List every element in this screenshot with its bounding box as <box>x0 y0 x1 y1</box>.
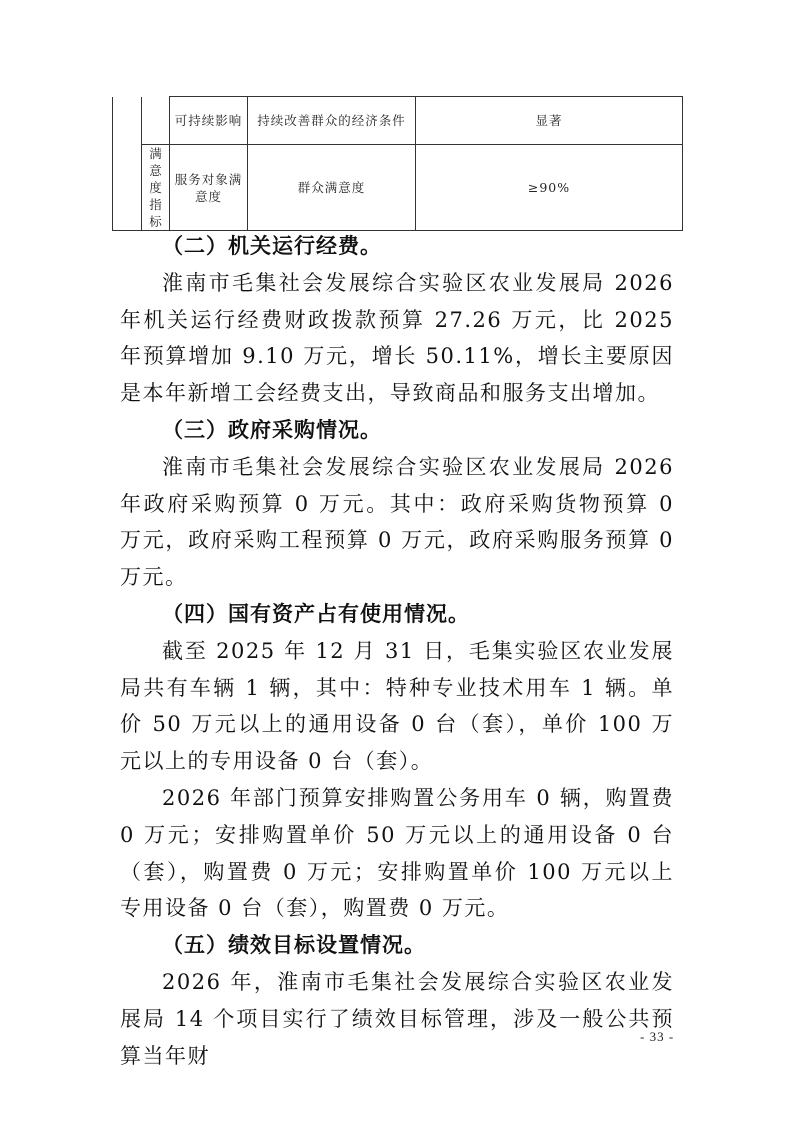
section-heading-operating-costs: （二）机关运行经费。 <box>120 228 674 265</box>
page-number: - 33 - <box>640 1029 674 1045</box>
vertical-label: 满意度指标 <box>149 145 163 230</box>
table-cell-level1 <box>113 97 142 231</box>
paragraph-asset-purchases: 2026 年部门预算安排购置公务用车 0 辆，购置费 0 万元；安排购置单价 5… <box>120 780 674 927</box>
section-heading-performance-targets: （五）绩效目标设置情况。 <box>120 927 674 964</box>
table-cell-indicator-level3: 群众满意度 <box>248 145 416 231</box>
paragraph-government-procurement: 淮南市毛集社会发展综合实验区农业发展局 2026 年政府采购预算 0 万元。其中… <box>120 449 674 596</box>
section-heading-state-assets: （四）国有资产占有使用情况。 <box>120 596 674 633</box>
paragraph-operating-costs: 淮南市毛集社会发展综合实验区农业发展局 2026 年机关运行经费财政拨款预算 2… <box>120 265 674 412</box>
paragraph-state-assets: 截至 2025 年 12 月 31 日，毛集实验区农业发展局共有车辆 1 辆，其… <box>120 633 674 780</box>
table-cell-satisfaction-category: 满意度指标 <box>142 145 170 231</box>
table-cell-indicator-level3: 持续改善群众的经济条件 <box>248 97 416 145</box>
table-cell-indicator-level2: 可持续影响 <box>170 97 248 145</box>
performance-indicator-table: 可持续影响 持续改善群众的经济条件 显著 满意度指标 服务对象满意度 群众满意度… <box>112 96 683 231</box>
table-cell-value: ≥90% <box>416 145 683 231</box>
document-body: （二）机关运行经费。 淮南市毛集社会发展综合实验区农业发展局 2026 年机关运… <box>120 228 674 1074</box>
table-cell-value: 显著 <box>416 97 683 145</box>
section-heading-government-procurement: （三）政府采购情况。 <box>120 412 674 449</box>
paragraph-performance-targets: 2026 年，淮南市毛集社会发展综合实验区农业发展局 14 个项目实行了绩效目标… <box>120 964 674 1074</box>
document-page: 可持续影响 持续改善群众的经济条件 显著 满意度指标 服务对象满意度 群众满意度… <box>0 0 794 1122</box>
table-cell-indicator-level2: 服务对象满意度 <box>170 145 248 231</box>
table-row: 可持续影响 持续改善群众的经济条件 显著 <box>113 97 683 145</box>
table-row: 满意度指标 服务对象满意度 群众满意度 ≥90% <box>113 145 683 231</box>
table-cell-level1-sub <box>142 97 170 145</box>
